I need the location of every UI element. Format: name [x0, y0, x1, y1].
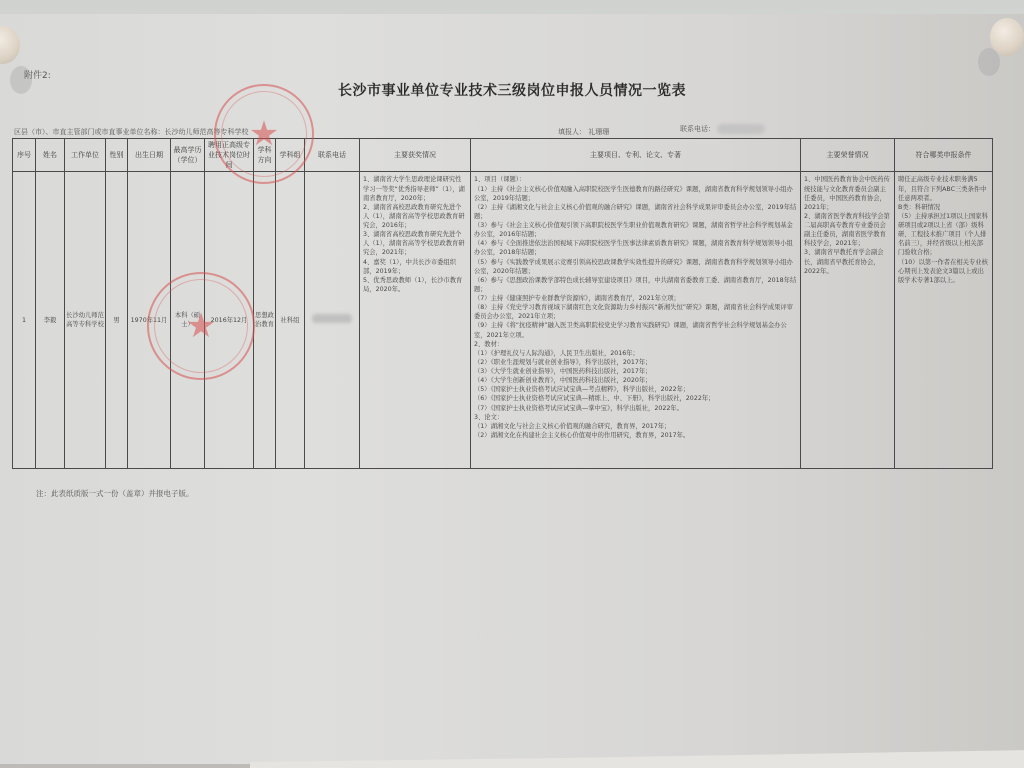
column-header: 联系电话 [305, 139, 360, 172]
list-line: 3、湖南省早教托育学会副会长，湖南省早教托育协会，2022年。 [804, 248, 891, 275]
column-header: 序号 [13, 139, 36, 172]
list-line: （10）以第一作者在相关专业核心期刊上发表论文3篇以上或出版学术专著1部以上。 [898, 258, 989, 285]
contact-redacted [717, 124, 765, 134]
column-header: 主要项目、专利、论文、专著 [471, 139, 801, 172]
column-header: 学科方向 [254, 139, 276, 172]
cell-projects: 1、项目（课题）：（1）主持《社会主义核心价值观融入高职院校医学生医德教育的路径… [471, 172, 801, 469]
list-line: 1、项目（课题）： [474, 175, 797, 184]
list-line: （1）主持《社会主义核心价值观融入高职院校医学生医德教育的路径研究》课题，湖南省… [474, 185, 797, 203]
column-header: 学科组 [276, 139, 305, 172]
contact-label: 联系电话： [680, 125, 715, 133]
list-line: 4、嘉奖（1），中共长沙市委组织部，2019年； [363, 258, 467, 276]
column-header: 聘用正高级专业技术岗位时间 [205, 139, 254, 172]
column-header: 符合哪类申报条件 [895, 139, 993, 172]
column-header: 工作单位 [65, 139, 106, 172]
cell-unit: 长沙幼儿师范高等专科学校 [65, 172, 106, 469]
filler-label: 填报人： [558, 128, 586, 136]
column-header: 姓名 [36, 139, 65, 172]
list-line: （2）主持《湖湘文化与社会主义核心价值观的融合研究》课题，湖南省社会科学成果评审… [474, 203, 797, 221]
list-line: 2、湖南省医学教育科技学会第二届高职高专教育专业委员会副主任委员，湖南省医学教育… [804, 212, 891, 249]
cell-name: 李毅 [36, 172, 65, 469]
list-line: （9）主持《将“抗疫精神”融入医卫类高职院校党史学习教育实践研究》课题，湖南省哲… [474, 321, 797, 339]
list-line: 3、论文： [474, 413, 797, 422]
binder-clip-right [990, 18, 1024, 56]
cell-subject-group: 社科组 [276, 172, 305, 469]
list-line: 2、湖南省高校思政教育研究先进个人（1），湖南省高等学校思政教育研究会，2016… [363, 203, 467, 230]
list-line: （6）《国家护士执业资格考试应试宝典—精练上、中、下册》，科学出版社，2022年… [474, 394, 797, 403]
list-line: （5）主持承担过1项以上国家科研项目或2项以上省（部）级科研、工程技术推广项目（… [898, 212, 989, 258]
unit-line: 区县（市）、市直主管部门或市直事业单位名称：长沙幼儿师范高等专科学校 [14, 127, 249, 137]
cell-birth: 1970年11月 [128, 172, 171, 469]
document-title: 长沙市事业单位专业技术三级岗位申报人员情况一览表 [0, 80, 1024, 100]
table-header-row: 序号姓名工作单位性别出生日期最高学历（学位）聘用正高级专业技术岗位时间学科方向学… [13, 139, 993, 172]
list-line: （4）《大学生创新创业教育》，中国医药科技出版社，2020年； [474, 376, 797, 385]
cell-qualifications: 聘任正高级专业技术职务满5年，且符合下列ABC三类条件中任意两项者。B类：科研情… [895, 172, 993, 469]
contact-field: 联系电话： [680, 124, 765, 134]
list-line: B类：科研情况 [898, 203, 989, 212]
list-line: （4）参与《全面推进依法治国视域下高职院校医学生医事法律素质教育研究》课题，湖南… [474, 239, 797, 257]
cell-honors: 1、中国医药教育协会中医药传统技能与文化教育委员会副主任委员，中国医药教育协会，… [801, 172, 895, 469]
column-header: 主要荣誉情况 [801, 139, 895, 172]
filler-name: 礼珊珊 [588, 128, 609, 136]
list-line: （2）湖湘文化在构建社会主义核心价值观中的作用研究，教育界，2017年。 [474, 431, 797, 440]
cell-no: 1 [13, 172, 36, 469]
cell-subject-direction: 思想政治教育 [254, 172, 276, 469]
list-line: 2、教材： [474, 340, 797, 349]
list-line: （2）《职业生涯规划与就业创业指导》，科学出版社，2017年； [474, 358, 797, 367]
list-line: 聘任正高级专业技术职务满5年，且符合下列ABC三类条件中任意两项者。 [898, 175, 989, 202]
cell-gender: 男 [106, 172, 128, 469]
column-header: 主要获奖情况 [360, 139, 471, 172]
list-line: （1）湖湘文化与社会主义核心价值观的融合研究，教育界，2017年； [474, 422, 797, 431]
footnote: 注：此表纸质版一式一份（盖章）并报电子版。 [36, 488, 194, 499]
column-header: 最高学历（学位） [171, 139, 205, 172]
list-line: （8）主持《党史学习教育视域下湖南红色文化资源助力乡村振兴“新湘失恒”研究》课题… [474, 303, 797, 321]
list-line: （3）《大学生就业创业指导》，中国医药科技出版社，2017年； [474, 367, 797, 376]
cell-appointment: 2016年12月 [205, 172, 254, 469]
cell-phone [305, 172, 360, 469]
list-line: （1）《护理礼仪与人际沟通》，人民卫生出版社，2016年； [474, 349, 797, 358]
list-line: （6）参与《思想政治课教学部特色成长辅导室建设项目》项目，中共湖南省委教育工委、… [474, 276, 797, 294]
list-line: 3、湖南省高校思政教育研究先进个人（1），湖南省高等学校思政教育研究会，2021… [363, 230, 467, 257]
list-line: （3）参与《社会主义核心价值观引领下高职院校医学生职业价值观教育研究》课题，湖南… [474, 221, 797, 239]
list-line: 1、中国医药教育协会中医药传统技能与文化教育委员会副主任委员，中国医药教育协会，… [804, 175, 891, 212]
cell-education: 本科（硕士） [171, 172, 205, 469]
list-line: 1、湖南省大学生思政理论课研究性学习一等奖“优秀指导老师”（1），湖南省教育厅，… [363, 175, 467, 202]
list-line: （5）参与《实践教学成果展示竞赛引领高校思政课教学实效性提升的研究》课题，湖南省… [474, 258, 797, 276]
column-header: 出生日期 [128, 139, 171, 172]
list-line: （7）《国家护士执业资格考试应试宝典—掌中宝》，科学出版社，2022年。 [474, 404, 797, 413]
list-line: （5）《国家护士执业资格考试应试宝典—考点精粹》，科学出版社，2022年； [474, 385, 797, 394]
table-row: 1 李毅 长沙幼儿师范高等专科学校 男 1970年11月 本科（硕士） 2016… [13, 172, 993, 469]
list-line: （7）主持《健康照护专业群教学资源库》，湖南省教育厅，2021年立项； [474, 294, 797, 303]
phone-redacted [312, 314, 352, 323]
applicant-table: 序号姓名工作单位性别出生日期最高学历（学位）聘用正高级专业技术岗位时间学科方向学… [12, 138, 993, 469]
column-header: 性别 [106, 139, 128, 172]
cell-awards: 1、湖南省大学生思政理论课研究性学习一等奖“优秀指导老师”（1），湖南省教育厅，… [360, 172, 471, 469]
list-line: 5、优秀思政教师（1），长沙市教育局，2020年。 [363, 276, 467, 294]
filler-field: 填报人： 礼珊珊 [558, 127, 609, 137]
